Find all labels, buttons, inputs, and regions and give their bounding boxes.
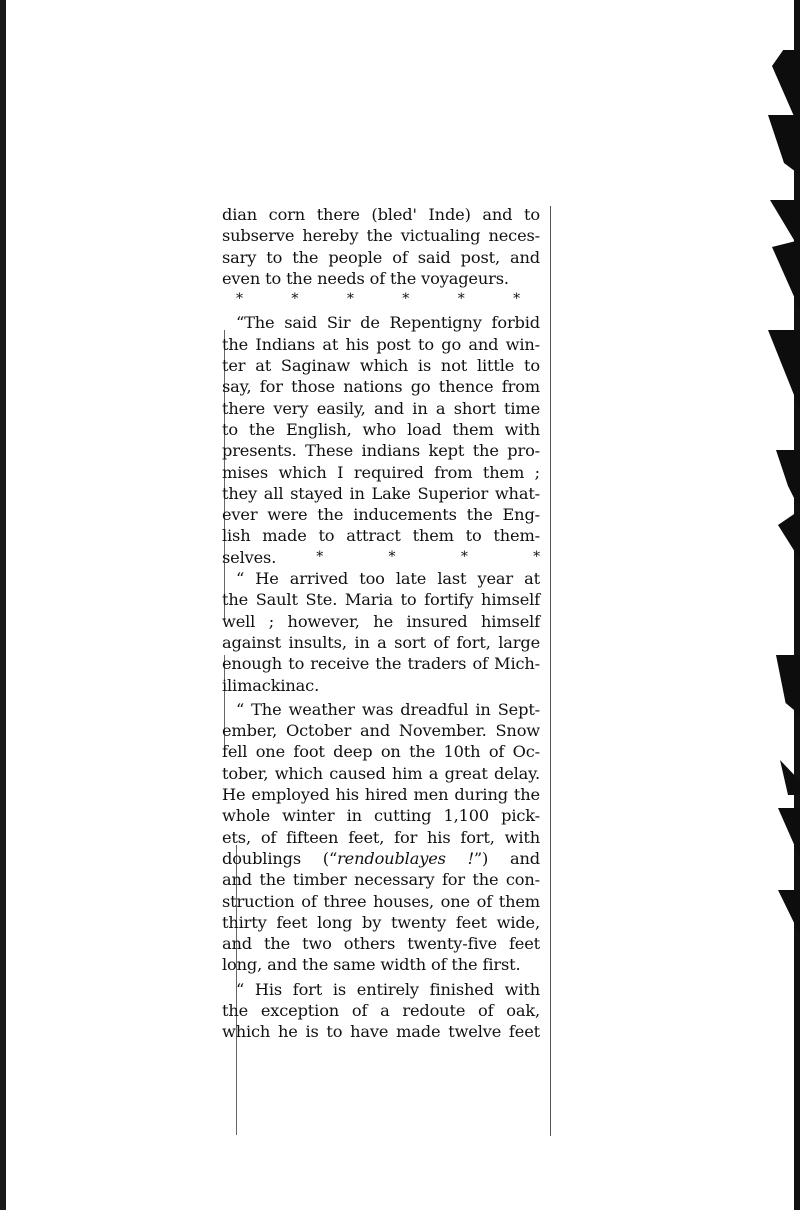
text-line: they all stayed in Lake Superior what- bbox=[222, 483, 540, 504]
text-line: and the two others twenty-five feet bbox=[222, 933, 540, 954]
text-line: well ; however, he insured himself bbox=[222, 611, 540, 632]
text-line: presents. These indians kept the pro- bbox=[222, 440, 540, 461]
text-line: selves. bbox=[222, 547, 276, 568]
text-line: “The said Sir de Repentigny forbid bbox=[222, 312, 540, 333]
scan-left-edge bbox=[0, 0, 6, 1210]
text-line: the Indians at his post to go and win- bbox=[222, 334, 540, 355]
text-line: enough to receive the traders of Mich- bbox=[222, 653, 540, 674]
text-line: ter at Saginaw which is not little to bbox=[222, 355, 540, 376]
text-line: say, for those nations go thence from bbox=[222, 376, 540, 397]
text-line: dian corn there (bled' Inde) and to bbox=[222, 204, 540, 225]
paragraph: “ He arrived too late last year at the S… bbox=[222, 568, 540, 696]
ornament-asterisks: ****** bbox=[222, 289, 540, 310]
scan-blot bbox=[778, 890, 800, 935]
text-line: against insults, in a sort of fort, larg… bbox=[222, 632, 540, 653]
text-line: tober, which caused him a great delay. bbox=[222, 763, 540, 784]
text-line: ever were the inducements the Eng- bbox=[222, 504, 540, 525]
article-column: dian corn there (bled' Inde) and to subs… bbox=[222, 204, 540, 1043]
paragraph: dian corn there (bled' Inde) and to subs… bbox=[222, 204, 540, 310]
text-line: even to the needs of the voyageurs. bbox=[222, 268, 540, 289]
text-line: and the timber necessary for the con- bbox=[222, 869, 540, 890]
scan-blot bbox=[778, 510, 800, 560]
text-line: whole winter in cutting 1,100 pick- bbox=[222, 805, 540, 826]
text-line: fell one foot deep on the 10th of Oc- bbox=[222, 741, 540, 762]
text-line: thirty feet long by twenty feet wide, bbox=[222, 912, 540, 933]
text-line: there very easily, and in a short time bbox=[222, 398, 540, 419]
text-line: ember, October and November. Snow bbox=[222, 720, 540, 741]
paragraph: “The said Sir de Repentigny forbid the I… bbox=[222, 312, 540, 568]
ornament-asterisks: **** bbox=[316, 547, 540, 568]
text-line: ets, of fifteen feet, for his fort, with bbox=[222, 827, 540, 848]
paragraph: “ His fort is entirely finished with the… bbox=[222, 979, 540, 1043]
text-line: “ The weather was dreadful in Sept- bbox=[222, 699, 540, 720]
text-line: “ He arrived too late last year at bbox=[222, 568, 540, 589]
scan-blot bbox=[772, 240, 800, 310]
italic-term: rendoublayes ! bbox=[337, 849, 474, 868]
scan-right-edge bbox=[794, 0, 800, 1210]
scan-blot bbox=[760, 115, 800, 175]
text-line: which he is to have made twelve feet bbox=[222, 1021, 540, 1042]
text-line: mises which I required from them ; bbox=[222, 462, 540, 483]
text-line: long, and the same width of the first. bbox=[222, 954, 540, 975]
text-line: subserve hereby the victualing neces- bbox=[222, 225, 540, 246]
paragraph: “ The weather was dreadful in Sept- embe… bbox=[222, 699, 540, 976]
scan-blot bbox=[778, 808, 800, 858]
scan-blot bbox=[776, 655, 800, 715]
text-line: the exception of a redoute of oak, bbox=[222, 1000, 540, 1021]
text-line: ilimackinac. bbox=[222, 675, 540, 696]
text-line: sary to the people of said post, and bbox=[222, 247, 540, 268]
text-line: He employed his hired men during the bbox=[222, 784, 540, 805]
scan-blot bbox=[776, 450, 800, 510]
text-line: to the English, who load them with bbox=[222, 419, 540, 440]
column-rule bbox=[550, 206, 551, 1136]
text-line: struction of three houses, one of them bbox=[222, 891, 540, 912]
text-line: lish made to attract them to them- bbox=[222, 525, 540, 546]
text-line: the Sault Ste. Maria to fortify himself bbox=[222, 589, 540, 610]
text-line: “ His fort is entirely finished with bbox=[222, 979, 540, 1000]
text-line: doublings (“rendoublayes !”) and bbox=[222, 848, 540, 869]
scan-blot bbox=[768, 330, 800, 410]
